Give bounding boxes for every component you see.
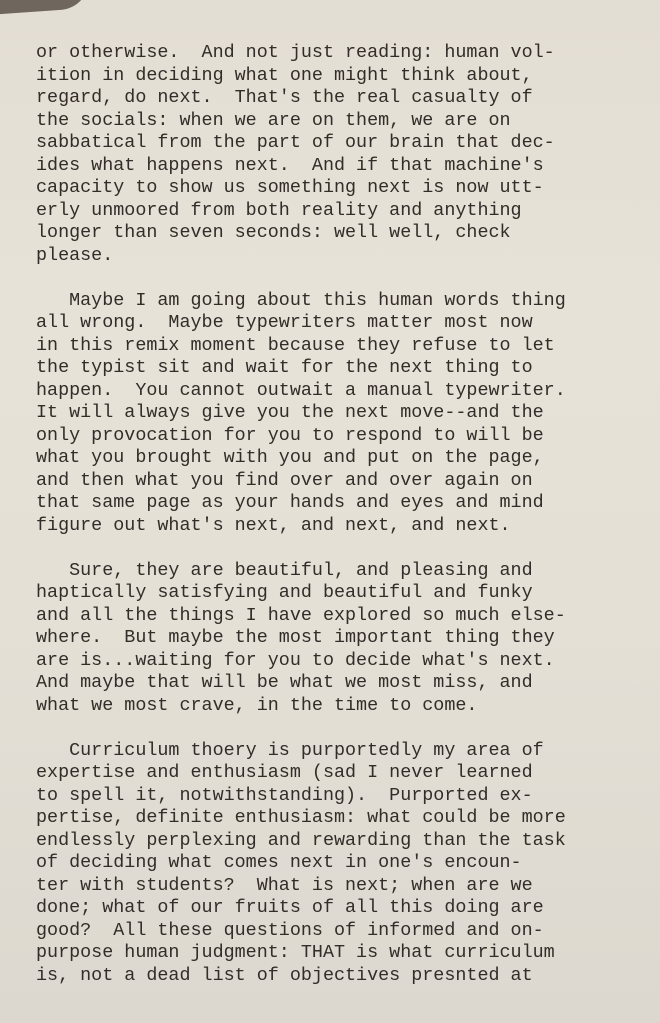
text-line: is, not a dead list of objectives presnt…	[36, 965, 636, 988]
text-line: longer than seven seconds: well well, ch…	[36, 222, 636, 245]
text-line: what we most crave, in the time to come.	[36, 695, 636, 718]
text-line: sabbatical from the part of our brain th…	[36, 132, 636, 155]
text-line: Sure, they are beautiful, and pleasing a…	[36, 560, 636, 583]
text-line: all wrong. Maybe typewriters matter most…	[36, 312, 636, 335]
text-line: are is...waiting for you to decide what'…	[36, 650, 636, 673]
text-line: pertise, definite enthusiasm: what could…	[36, 807, 636, 830]
typed-text-body: or otherwise. And not just reading: huma…	[36, 42, 636, 1010]
text-line: and then what you find over and over aga…	[36, 470, 636, 493]
paragraph: Sure, they are beautiful, and pleasing a…	[36, 560, 636, 718]
text-line: and all the things I have explored so mu…	[36, 605, 636, 628]
text-line: regard, do next. That's the real casualt…	[36, 87, 636, 110]
text-line: the socials: when we are on them, we are…	[36, 110, 636, 133]
text-line: please.	[36, 245, 636, 268]
text-line: expertise and enthusiasm (sad I never le…	[36, 762, 636, 785]
text-line: done; what of our fruits of all this doi…	[36, 897, 636, 920]
text-line: Curriculum thoery is purportedly my area…	[36, 740, 636, 763]
text-line: endlessly perplexing and rewarding than …	[36, 830, 636, 853]
text-line: Maybe I am going about this human words …	[36, 290, 636, 313]
text-line: that same page as your hands and eyes an…	[36, 492, 636, 515]
text-line: ides what happens next. And if that mach…	[36, 155, 636, 178]
text-line: only provocation for you to respond to w…	[36, 425, 636, 448]
text-line: erly unmoored from both reality and anyt…	[36, 200, 636, 223]
text-line: what you brought with you and put on the…	[36, 447, 636, 470]
typewritten-page: or otherwise. And not just reading: huma…	[0, 0, 660, 1023]
paragraph: Curriculum thoery is purportedly my area…	[36, 740, 636, 988]
text-line: capacity to show us something next is no…	[36, 177, 636, 200]
text-line: of deciding what comes next in one's enc…	[36, 852, 636, 875]
text-line: to spell it, notwithstanding). Purported…	[36, 785, 636, 808]
text-line: ter with students? What is next; when ar…	[36, 875, 636, 898]
text-line: ition in deciding what one might think a…	[36, 65, 636, 88]
text-line: haptically satisfying and beautiful and …	[36, 582, 636, 605]
text-line: or otherwise. And not just reading: huma…	[36, 42, 636, 65]
text-line: figure out what's next, and next, and ne…	[36, 515, 636, 538]
paragraph: Maybe I am going about this human words …	[36, 290, 636, 538]
text-line: the typist sit and wait for the next thi…	[36, 357, 636, 380]
paragraph: or otherwise. And not just reading: huma…	[36, 42, 636, 267]
text-line: purpose human judgment: THAT is what cur…	[36, 942, 636, 965]
text-line: good? All these questions of informed an…	[36, 920, 636, 943]
text-line: It will always give you the next move--a…	[36, 402, 636, 425]
text-line: where. But maybe the most important thin…	[36, 627, 636, 650]
text-line: happen. You cannot outwait a manual type…	[36, 380, 636, 403]
text-line: And maybe that will be what we most miss…	[36, 672, 636, 695]
text-line: in this remix moment because they refuse…	[36, 335, 636, 358]
page-corner-shadow	[0, 0, 91, 16]
